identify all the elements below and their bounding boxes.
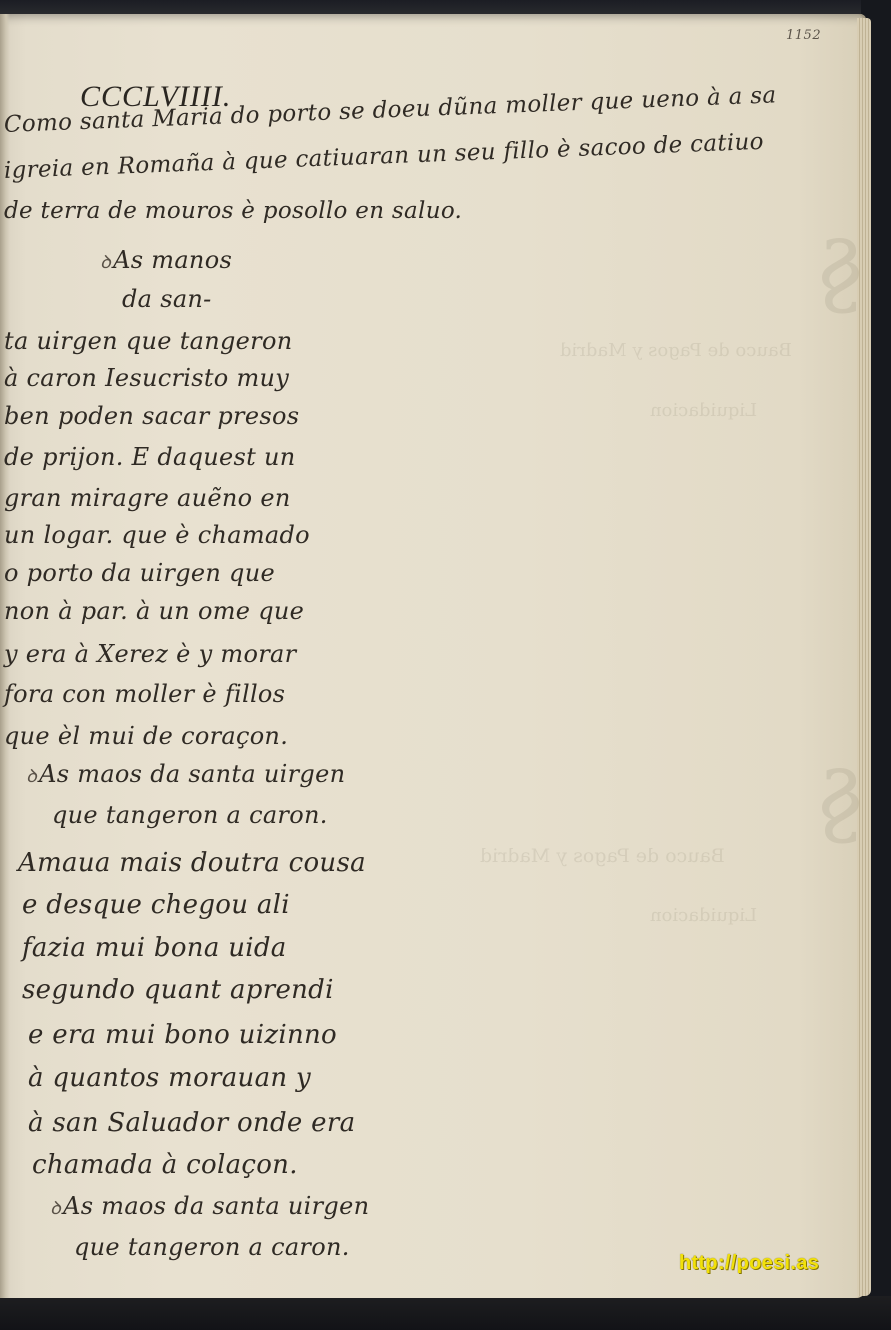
verse-line: à quantos morauan y: [28, 1063, 311, 1093]
verse-line: ta uirgen que tangeron: [4, 327, 292, 355]
verse-line: ben poden sacar presos: [4, 402, 299, 430]
page-number: 1152: [786, 28, 821, 43]
verse-line: fazia mui bona uida: [22, 933, 287, 963]
refrain-line: que tangeron a caron.: [52, 801, 328, 829]
verse-line: chamada à colaçon.: [32, 1150, 298, 1180]
refrain-text: As maos da santa uirgen: [63, 1192, 369, 1220]
pilcrow-mark: ꝺ: [100, 252, 111, 273]
verse-line: y era à Xerez è y morar: [4, 640, 296, 668]
verse-line: que èl mui de coraçon.: [4, 722, 288, 750]
verse-line: fora con moller è fillos: [4, 680, 285, 708]
verse-line: à san Saluador onde era: [28, 1108, 355, 1138]
verse-line: ꝺAs manos: [100, 246, 232, 274]
rubric-line: de terra de mouros è posollo en saluo.: [4, 198, 462, 224]
refrain-text: As maos da santa uirgen: [39, 760, 345, 788]
verse-line: non à par. à un ome que: [4, 597, 304, 625]
verse-line: o porto da uirgen que: [4, 559, 275, 587]
verse-line: segundo quant aprendi: [22, 975, 334, 1005]
pilcrow-mark: ꝺ: [26, 766, 37, 787]
scan-background-bottom: [0, 1296, 891, 1330]
verse-line: à caron Iesucristo muy: [4, 364, 289, 392]
pilcrow-mark: ꝺ: [50, 1198, 61, 1219]
watermark-url: http://poesi.as: [679, 1252, 819, 1275]
verse-line: Amaua mais doutra cousa: [18, 848, 366, 878]
verse-line: da san-: [122, 285, 212, 313]
manuscript-scan: Bauco de Pagos y Madrid Liquidacion Bauc…: [0, 0, 891, 1330]
refrain-line: que tangeron a caron.: [74, 1233, 350, 1261]
verse-line: e era mui bono uizinno: [28, 1020, 337, 1050]
verse-line: e desque chegou ali: [22, 890, 290, 920]
stacked-page-edges: [857, 18, 871, 1296]
verse-line: un logar. que è chamado: [4, 521, 310, 549]
refrain-line: ꝺAs maos da santa uirgen: [50, 1192, 369, 1220]
verse-text: As manos: [113, 246, 232, 274]
verse-line: gran miragre auẽno en: [4, 484, 291, 512]
refrain-line: ꝺAs maos da santa uirgen: [26, 760, 345, 788]
verse-line: de prijon. E daquest un: [4, 443, 296, 471]
